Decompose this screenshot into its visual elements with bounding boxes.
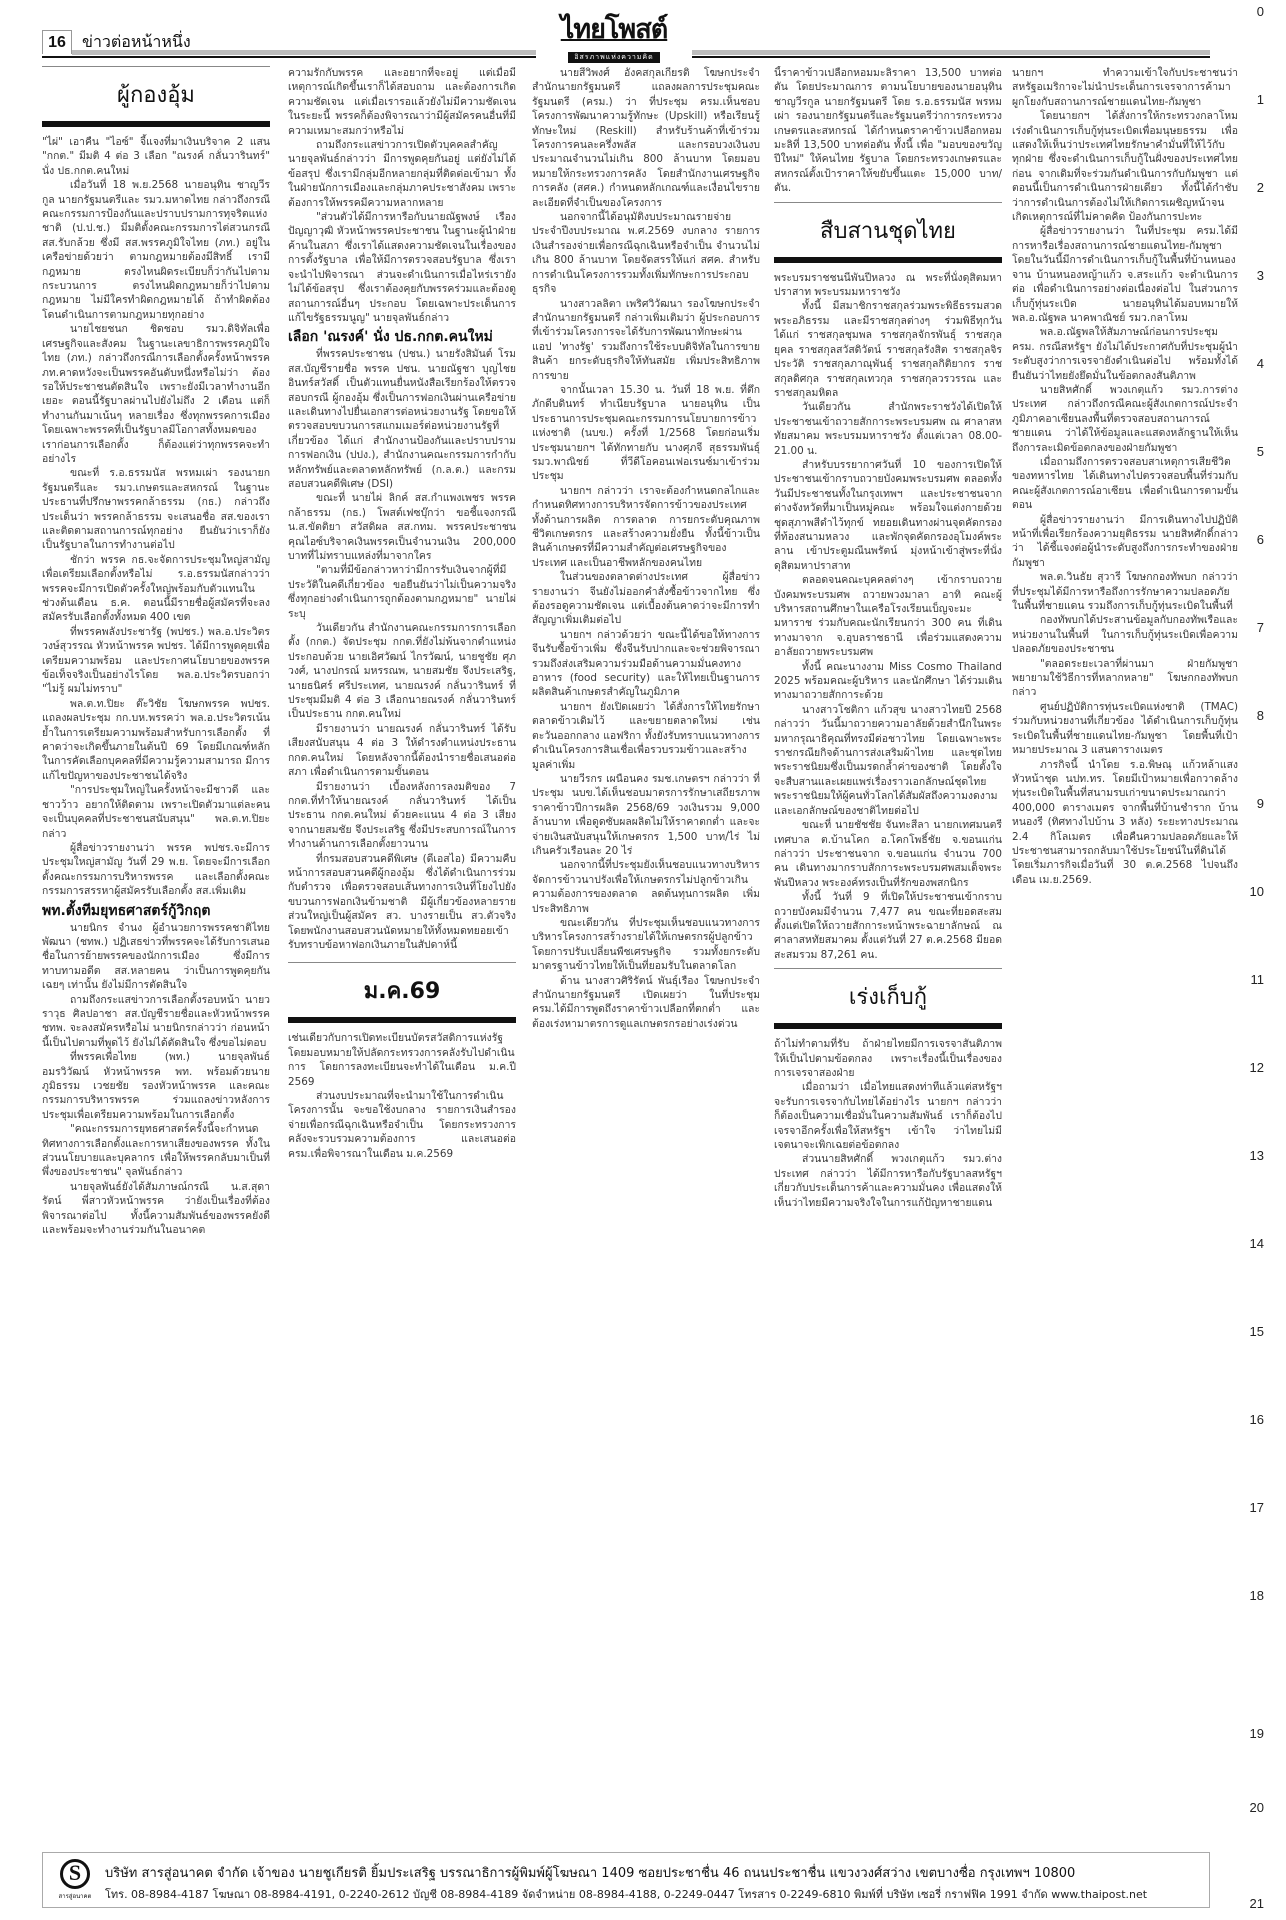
article-headline-box: เร่งเก็บกู้	[774, 968, 1002, 1029]
paragraph: ศูนย์ปฏิบัติการทุ่นระเบิดแห่งชาติ (TMAC)…	[1012, 700, 1238, 758]
paragraph: ทั้งนี้ วันที่ 9 ที่เปิดให้ประชาชนเข้ากร…	[774, 890, 1002, 962]
page-marker: 21	[1250, 1896, 1264, 1911]
paragraph: "คณะกรรมการยุทธศาสตร์ครั้งนี้จะกำหนดทิศท…	[42, 1122, 270, 1180]
paragraph: ขณะที่ นายชัชชัย จันทะสีลา นายกเทศมนตรีเ…	[774, 818, 1002, 890]
page-marker: 5	[1257, 444, 1264, 459]
paragraph: นายไชยชนก ชิดชอบ รมว.ดิจิทัลเพื่อเศรษฐกิ…	[42, 322, 270, 466]
paragraph: นี้ราคาข้าวเปลือกหอมมะลิราคา 13,500 บาทต…	[774, 66, 1002, 196]
paragraph: ด้าน นางสาวศิริรัตน์ พันธุ์เรือง โฆษกประ…	[532, 974, 760, 1032]
publisher-info: บริษัท สารสู่อนาคต จำกัด เจ้าของ นายชูเก…	[105, 1862, 1075, 1883]
page-marker: 4	[1257, 356, 1264, 371]
divider	[774, 968, 1002, 969]
page-marker: 10	[1250, 884, 1264, 899]
logo-circle	[60, 1859, 90, 1889]
article-headline: สืบสานชุดไทย	[774, 217, 1002, 247]
paragraph: นอกจากนี้ได้อนุมัติงบประมาณรายจ่ายประจำป…	[532, 210, 760, 296]
paragraph: เช่นเดียวกับการเปิดทะเบียนบัตรสวัสดิการแ…	[288, 1031, 516, 1089]
paragraph: ตลอดจนคณะบุคคลต่างๆ เข้ากราบถวายบังคมพระ…	[774, 573, 1002, 659]
paragraph: ทั้งนี้ มีสมาชิกราชสกุลร่วมพระพิธีธรรมสว…	[774, 299, 1002, 400]
paragraph: "ส่วนตัวได้มีการหารือกับนายณัฐพงษ์ เรือง…	[288, 210, 516, 325]
page-marker: 17	[1250, 1500, 1264, 1515]
paragraph: ขณะที่ ร.อ.ธรรมนัส พรหมเผ่า รองนายกรัฐมน…	[42, 466, 270, 552]
masthead-logo: ไทยโพสต์ อิสรภาพแห่งความคิด	[536, 14, 692, 58]
paragraph: พล.อ.ณัฐพลให้สัมภาษณ์ก่อนการประชุม ครม. …	[1012, 325, 1238, 383]
paragraph: มีรายงานว่า นายณรงค์ กลั่นวารินทร์ ได้รั…	[288, 722, 516, 780]
paragraph: ชักว่า พรรค กธ.จะจัดการประชุมใหญ่สามัญเพ…	[42, 553, 270, 625]
divider	[42, 66, 270, 67]
subheading: เลือก 'ณรงค์' นั่ง ปธ.กกต.คนใหม่	[288, 327, 516, 347]
paragraph: "ตามที่มีข้อกล่าวหาว่ามีการรับเงินจากผู้…	[288, 563, 516, 621]
divider	[288, 1017, 516, 1023]
paragraph: ถ้าไม่ทำตามที่รับ ถ้าฝ่ายไทยมีการเจรจาสั…	[774, 1037, 1002, 1080]
paragraph: มีรายงานว่า เบื้องหลังการลงมติของ 7 กกต.…	[288, 780, 516, 852]
page-number: 16	[42, 30, 72, 54]
paragraph: นางสาวโชติกา แก้วสุข นางสาวไทยปี 2568 กล…	[774, 703, 1002, 818]
page-marker: 6	[1257, 532, 1264, 547]
paragraph: นายกฯ ยังเปิดเผยว่า ได้สั่งการให้ไทยรักษ…	[532, 700, 760, 772]
page-marker: 9	[1257, 796, 1264, 811]
paragraph: นายสีวิพงศ์ อังคสกุลเกียรติ โฆษกประจำสำน…	[532, 66, 760, 210]
paragraph: กองทัพบกได้ประสานข้อมูลกับกองทัพเรือและห…	[1012, 613, 1238, 656]
article-headline-box: ม.ค.69	[288, 962, 516, 1023]
paragraph: ที่พรรคประชาชน (ปชน.) นายรังสิมันต์ โรม …	[288, 347, 516, 491]
page-marker: 7	[1257, 620, 1264, 635]
article-headline-box: ผู้กองอุ้ม	[42, 66, 270, 127]
page-marker: 12	[1250, 1060, 1264, 1075]
paragraph: ที่พรรคเพื่อไทย (พท.) นายจุลพันธ์ อมรวิว…	[42, 1050, 270, 1122]
masthead-tagline: อิสรภาพแห่งความคิด	[568, 52, 659, 63]
paragraph: พระบรมราชชนนีพันปีหลวง ณ พระที่นั่งดุสิต…	[774, 271, 1002, 300]
paragraph: นายกฯ กล่าวด้วยว่า ขณะนี้ได้ขอให้ทางการจ…	[532, 628, 760, 700]
paragraph: ที่กรมสอบสวนคดีพิเศษ (ดีเอสไอ) มีความคืบ…	[288, 852, 516, 953]
page-marker: 15	[1250, 1324, 1264, 1339]
article-column-3: นายสีวิพงศ์ อังคสกุลเกียรติ โฆษกประจำสำน…	[532, 66, 760, 1836]
paragraph: วันเดียวกัน สำนักงานคณะกรรมการการเลือกตั…	[288, 621, 516, 722]
paragraph: ถามถึงกระแสข่าวการเปิดตัวบุคคลสำคัญ นายจ…	[288, 138, 516, 210]
divider	[774, 257, 1002, 263]
paragraph: พล.ต.วินธัย สุวารี โฆษกกองทัพบก กล่าวว่า…	[1012, 570, 1238, 613]
paragraph: "ตลอดระยะเวลาที่ผ่านมา ฝ่ายกัมพูชาพยายาม…	[1012, 657, 1238, 700]
article-column-1: ผู้กองอุ้ม "ไผ่" เอาคืน "ไอซ์" จี้แจงที่…	[42, 66, 270, 1836]
page-marker: 19	[1250, 1726, 1264, 1741]
page-marker: 13	[1250, 1148, 1264, 1163]
paragraph: เมื่อถามถึงการตรวจสอบสาเหตุการเสียชีวิตข…	[1012, 455, 1238, 513]
page-marker: 14	[1250, 1236, 1264, 1251]
paragraph: เมื่อวันที่ 18 พ.ย.2568 นายอนุทิน ชาญวีร…	[42, 178, 270, 322]
article-headline: ม.ค.69	[288, 977, 516, 1007]
paragraph: เมื่อถามว่า เมื่อไทยแสดงท่าทีแล้วแต่สหรั…	[774, 1080, 1002, 1152]
divider	[774, 1023, 1002, 1029]
publisher-contact: โทร. 08-8984-4187 โฆษณา 08-8984-4191, 0-…	[105, 1885, 1147, 1903]
subheading: พท.ตั้งทีมยุทธศาสตร์กู้วิกฤต	[42, 901, 270, 921]
paragraph: ผู้สื่อข่าวรายงานว่า พรรค พปชร.จะมีการปร…	[42, 841, 270, 899]
article-column-2: ความรักกับพรรค และอยากที่จะอยู่ แต่เมื่อ…	[288, 66, 516, 1836]
page-marker: 18	[1250, 1588, 1264, 1603]
paragraph: ความรักกับพรรค และอยากที่จะอยู่ แต่เมื่อ…	[288, 66, 516, 138]
page-marker: 20	[1250, 1800, 1264, 1815]
paragraph: ที่พรรคพลังประชารัฐ (พปชร.) พล.อ.ประวิตร…	[42, 625, 270, 697]
divider	[288, 962, 516, 963]
page-marker: 11	[1251, 972, 1265, 987]
page-marker: 0	[1257, 4, 1264, 19]
article-headline: ผู้กองอุ้ม	[42, 81, 270, 111]
divider	[42, 121, 270, 127]
publisher-footer: สารสู่อนาคต บริษัท สารสู่อนาคต จำกัด เจ้…	[42, 1852, 1210, 1908]
paragraph: ส่วนงบประมาณที่จะนำมาใช้ในการดำเนินโครงก…	[288, 1089, 516, 1161]
page-marker: 3	[1257, 268, 1264, 283]
paragraph: นางสาวลลิตา เพริศวิวัฒนา รองโฆษกประจำสำน…	[532, 297, 760, 383]
paragraph: นายกฯ ทำความเข้าใจกับประชาชนว่า สหรัฐอเม…	[1012, 66, 1238, 109]
paragraph: ขณะเดียวกัน ที่ประชุมเห็นชอบแนวทางการบริ…	[532, 916, 760, 974]
paragraph: นายกฯ กล่าวว่า เราจะต้องกำหนดกลไกและกำหน…	[532, 484, 760, 570]
paragraph: นายสิหศักดิ์ พวงเกตุแก้ว รมว.การต่างประเ…	[1012, 383, 1238, 455]
paragraph: นายวีรกร เผนือนคง รมช.เกษตรฯ กล่าวว่า ที…	[532, 772, 760, 858]
article-headline: เร่งเก็บกู้	[774, 983, 1002, 1013]
paragraph: นอกจากนี้ที่ประชุมยังเห็นชอบแนวทางบริหาร…	[532, 858, 760, 916]
page-marker: 1	[1257, 92, 1264, 107]
paragraph: โดยนายกฯ ได้สั่งการให้กระทรวงกลาโหมเร่งด…	[1012, 109, 1238, 224]
page-marker: 8	[1257, 708, 1264, 723]
article-lead: "ไผ่" เอาคืน "ไอซ์" จี้แจงที่มาเงินบริจา…	[42, 135, 270, 178]
page-marker: 2	[1257, 180, 1264, 195]
divider	[774, 202, 1002, 203]
article-column-4: นี้ราคาข้าวเปลือกหอมมะลิราคา 13,500 บาทต…	[774, 66, 1002, 1836]
paragraph: จากนั้นเวลา 15.30 น. วันที่ 18 พ.ย. ที่ต…	[532, 383, 760, 484]
paragraph: นายนิกร จำนง ผู้อำนวยการพรรคชาติไทยพัฒนา…	[42, 921, 270, 993]
paragraph: ภารกิจนี้ นำโดย ร.อ.พิษณุ แก้วหล้าแสง หั…	[1012, 758, 1238, 888]
paragraph: ผู้สื่อข่าวรายงานว่า มีการเดินทางไปปฏิบั…	[1012, 513, 1238, 571]
article-column-5: นายกฯ ทำความเข้าใจกับประชาชนว่า สหรัฐอเม…	[1012, 66, 1238, 1836]
paragraph: ผู้สื่อข่าวรายงานว่า ในที่ประชุม ครม.ได้…	[1012, 224, 1238, 325]
paragraph: พล.ต.ท.ปิยะ ต๊ะวิชัย โฆษกพรรค พปชร. แถลง…	[42, 697, 270, 783]
paragraph: ในส่วนของตลาดต่างประเทศ ผู้สื่อข่าวรายงา…	[532, 570, 760, 628]
paragraph: ส่วนนายสิหศักดิ์ พวงเกตุแก้ว รมว.ต่างประ…	[774, 1152, 1002, 1210]
publisher-logo-icon: สารสู่อนาคต	[57, 1859, 93, 1903]
paragraph: ถามถึงกระแสข่าวการเลือกตั้งรอบหน้า นายวร…	[42, 993, 270, 1051]
paragraph: ทั้งนี้ คณะนางงาม Miss Cosmo Thailand 20…	[774, 660, 1002, 703]
paragraph: วันเดียวกัน สำนักพระราชวังได้เปิดให้ประช…	[774, 400, 1002, 458]
masthead-name: ไทยโพสต์	[536, 14, 692, 44]
paragraph: "การประชุมใหญ่ในครั้งหน้าจะมีชาวดี และชา…	[42, 783, 270, 841]
paragraph: ขณะที่ นายไผ่ ลิกค์ สส.กำแพงเพชร พรรคกล้…	[288, 491, 516, 563]
page-header: 16 ข่าวต่อหน้าหนึ่ง ไทยโพสต์ อิสรภาพแห่ง…	[42, 14, 1210, 58]
logo-caption: สารสู่อนาคต	[57, 1891, 93, 1901]
page-marker: 16	[1250, 1412, 1264, 1427]
paragraph: สำหรับบรรยากาศวันที่ 10 ของการเปิดให้ประ…	[774, 458, 1002, 573]
article-headline-box: สืบสานชุดไทย	[774, 202, 1002, 263]
paragraph: นายจุลพันธ์ยังได้สัมภาษณ์กรณี น.ส.สุดารั…	[42, 1180, 270, 1238]
